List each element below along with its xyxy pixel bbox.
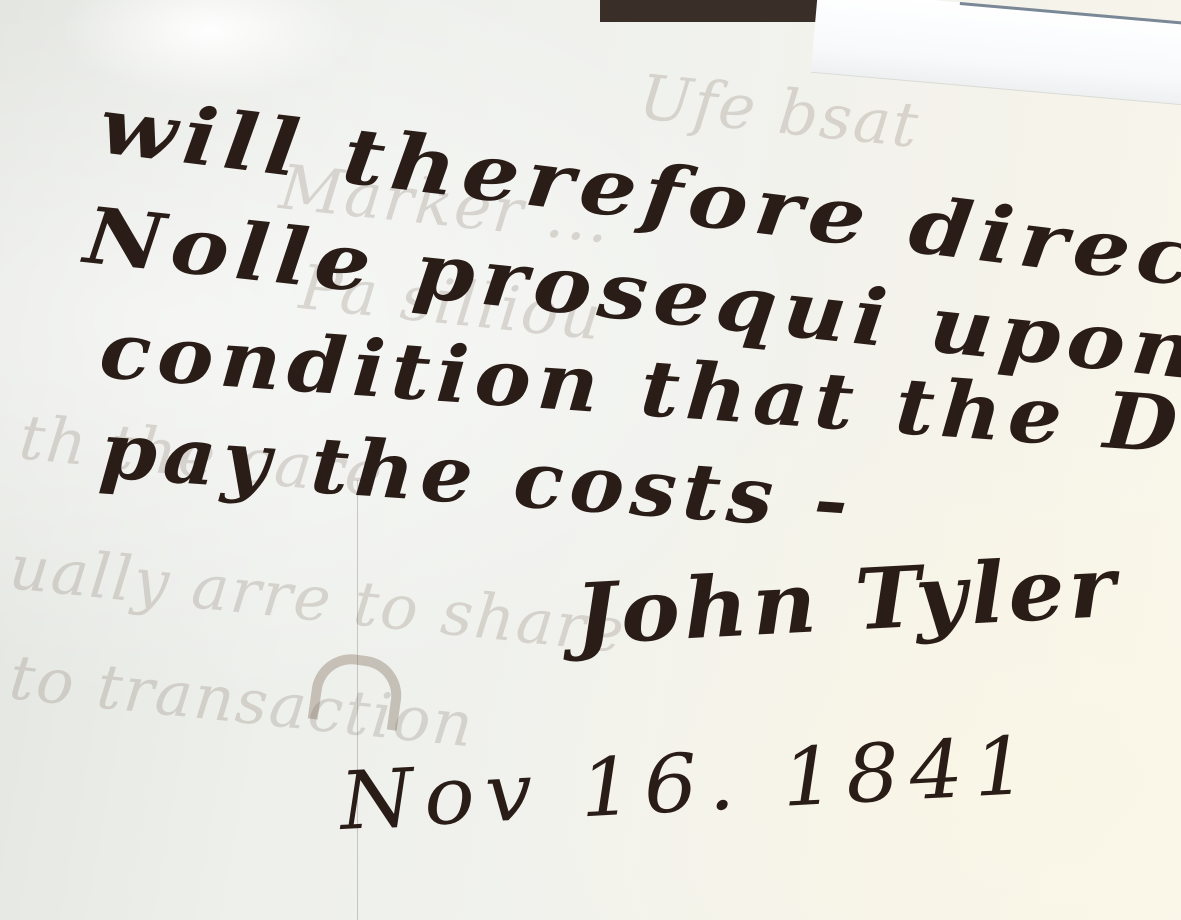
bleed-through-text: to transaction <box>6 640 478 761</box>
ink-stain <box>308 649 407 731</box>
document-photo: Ufe bsat Marker ... Pa silliou th the ca… <box>0 0 1181 920</box>
frame-dark-edge <box>600 0 820 22</box>
signature: John Tyler <box>572 537 1121 664</box>
bleed-through-text: ually arre to share <box>6 530 629 667</box>
